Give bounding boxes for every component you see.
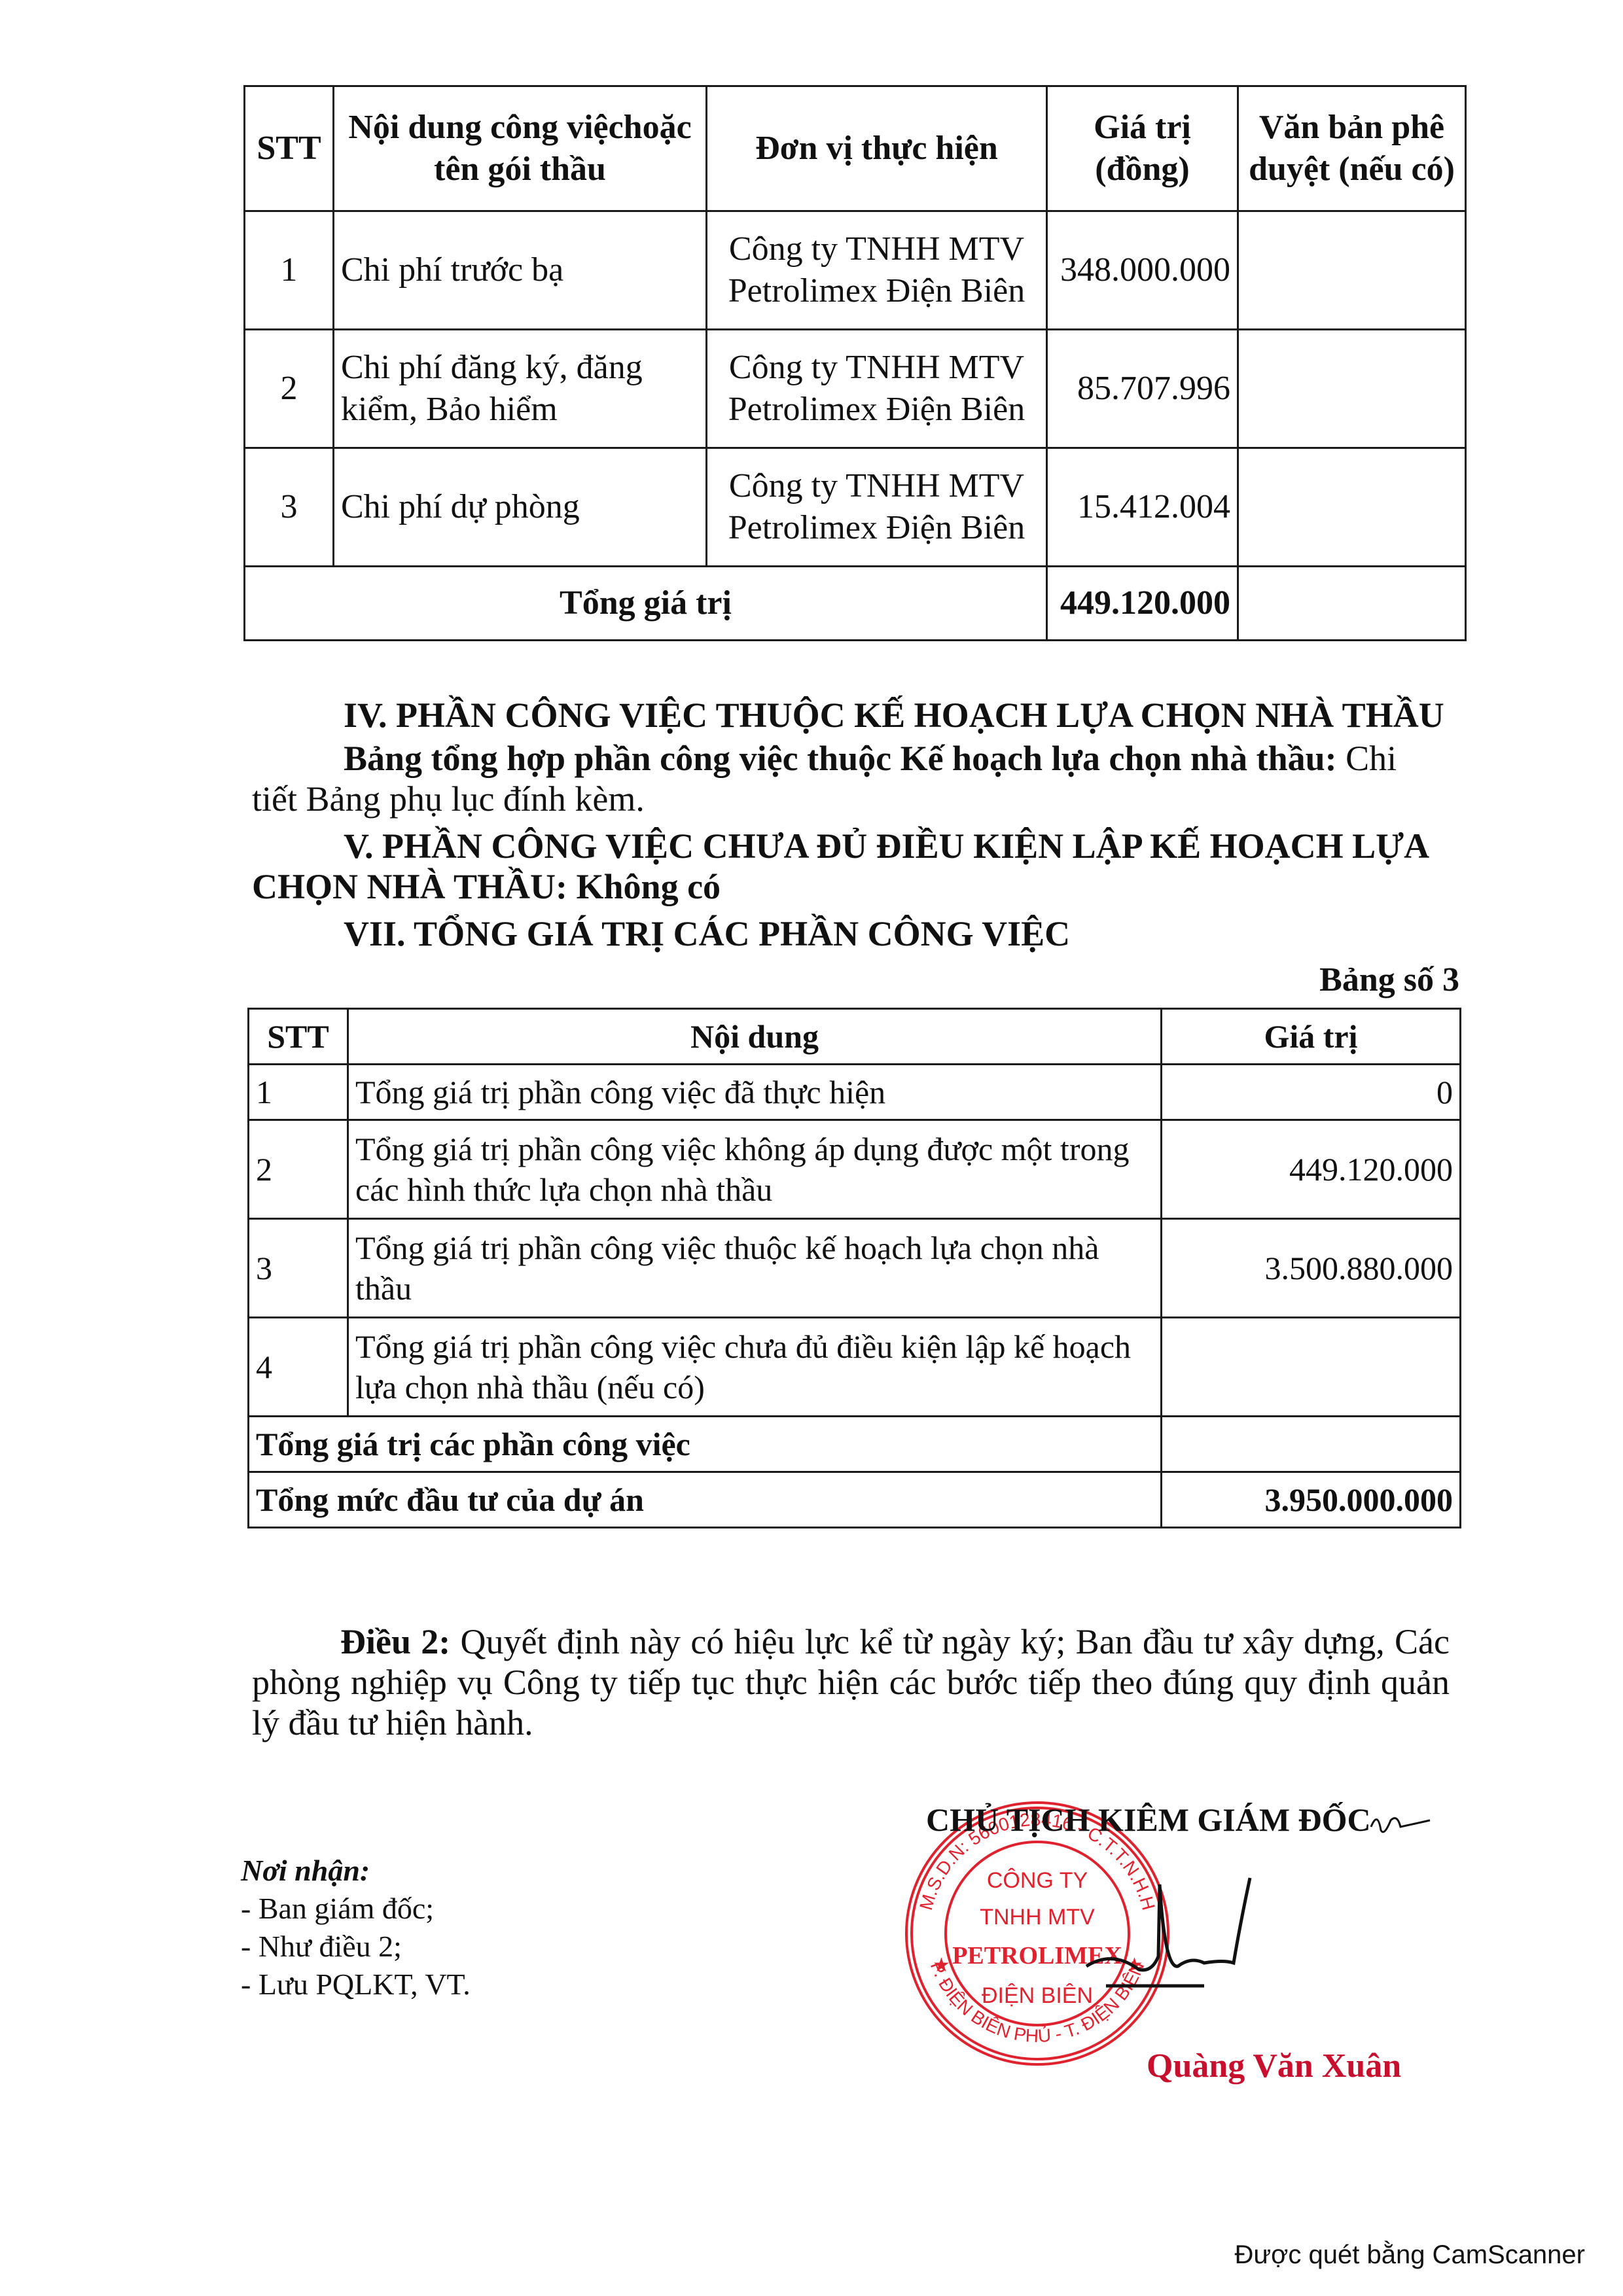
section-4-heading: IV. PHẦN CÔNG VIỆC THUỘC KẾ HOẠCH LỰA CH… (252, 695, 1450, 735)
total-label: Tổng giá trị (245, 567, 1047, 641)
cell-content: Chi phí đăng ký, đăng kiểm, Bảo hiểm (334, 330, 707, 448)
cell-unit: Công ty TNHH MTV Petrolimex Điện Biên (707, 448, 1047, 567)
header-stt: STT (249, 1009, 348, 1065)
header-unit: Đơn vị thực hiện (707, 86, 1047, 211)
table-total-row: Tổng giá trị 449.120.000 (245, 567, 1466, 641)
total-approval (1238, 567, 1466, 641)
recipients: Nơi nhận: - Ban giám đốc; - Như điều 2; … (241, 1852, 471, 2004)
cell-stt: 1 (249, 1065, 348, 1120)
cell-value: 0 (1162, 1065, 1461, 1120)
table-row: 3 Tổng giá trị phần công việc thuộc kế h… (249, 1219, 1461, 1318)
summary-table: STT Nội dung Giá trị 1 Tổng giá trị phần… (247, 1008, 1461, 1528)
table-caption: Bảng số 3 (1319, 961, 1459, 999)
table-row: 1 Chi phí trước bạ Công ty TNHH MTV Petr… (245, 211, 1466, 330)
table-row: 4 Tổng giá trị phần công việc chưa đủ đi… (249, 1318, 1461, 1417)
cell-value: 348.000.000 (1047, 211, 1238, 330)
cell-value: 449.120.000 (1162, 1120, 1461, 1219)
recipient-item: - Như điều 2; (241, 1928, 471, 1966)
cell-value: 3.500.880.000 (1162, 1219, 1461, 1318)
cell-approval (1238, 211, 1466, 330)
cell-content: Tổng giá trị phần công việc chưa đủ điều… (348, 1318, 1162, 1417)
header-content: Nội dung (348, 1009, 1162, 1065)
header-content: Nội dung công việchoặc tên gói thầu (334, 86, 707, 211)
signer-name: Quàng Văn Xuân (1147, 2047, 1401, 2085)
table-invest-row: Tổng mức đầu tư của dự án 3.950.000.000 (249, 1472, 1461, 1528)
header-stt: STT (245, 86, 334, 211)
cell-unit: Công ty TNHH MTV Petrolimex Điện Biên (707, 330, 1047, 448)
table-row: 3 Chi phí dự phòng Công ty TNHH MTV Petr… (245, 448, 1466, 567)
cell-unit: Công ty TNHH MTV Petrolimex Điện Biên (707, 211, 1047, 330)
signature-title: CHỦ TỊCH KIÊM GIÁM ĐỐC (926, 1801, 1371, 1839)
cell-approval (1238, 330, 1466, 448)
cell-stt: 1 (245, 211, 334, 330)
header-approval: Văn bản phê duyệt (nếu có) (1238, 86, 1466, 211)
cell-content: Tổng giá trị phần công việc đã thực hiện (348, 1065, 1162, 1120)
table-row: 2 Tổng giá trị phần công việc không áp d… (249, 1120, 1461, 1219)
section-5-heading: V. PHẦN CÔNG VIỆC CHƯA ĐỦ ĐIỀU KIỆN LẬP … (252, 826, 1450, 907)
section-7-heading: VII. TỔNG GIÁ TRỊ CÁC PHẦN CÔNG VIỆC (252, 913, 1450, 954)
total-value: 449.120.000 (1047, 567, 1238, 641)
table-header-row: STT Nội dung Giá trị (249, 1009, 1461, 1065)
table-row: 2 Chi phí đăng ký, đăng kiểm, Bảo hiểm C… (245, 330, 1466, 448)
recipient-item: - Lưu PQLKT, VT. (241, 1966, 471, 2004)
table-row: 1 Tổng giá trị phần công việc đã thực hi… (249, 1065, 1461, 1120)
sum-label: Tổng giá trị các phần công việc (249, 1417, 1162, 1472)
section-4-body: Bảng tổng hợp phần công việc thuộc Kế ho… (252, 738, 1450, 819)
cell-stt: 3 (249, 1219, 348, 1318)
star-icon: ★ (933, 1954, 950, 1976)
invest-label: Tổng mức đầu tư của dự án (249, 1472, 1162, 1528)
scanner-watermark: Được quét bằng CamScanner (1234, 2240, 1585, 2270)
recipient-item: - Ban giám đốc; (241, 1890, 471, 1928)
article-2-label: Điều 2: (340, 1622, 450, 1661)
cell-content: Chi phí trước bạ (334, 211, 707, 330)
header-value: Giá trị (đồng) (1047, 86, 1238, 211)
cell-value: 85.707.996 (1047, 330, 1238, 448)
recipients-title: Nơi nhận: (241, 1852, 471, 1890)
cell-stt: 3 (245, 448, 334, 567)
cell-value: 15.412.004 (1047, 448, 1238, 567)
invest-value: 3.950.000.000 (1162, 1472, 1461, 1528)
section-4-body-bold: Bảng tổng hợp phần công việc thuộc Kế ho… (344, 739, 1337, 778)
table-header-row: STT Nội dung công việchoặc tên gói thầu … (245, 86, 1466, 211)
cell-content: Chi phí dự phòng (334, 448, 707, 567)
cell-stt: 4 (249, 1318, 348, 1417)
table-sum-row: Tổng giá trị các phần công việc (249, 1417, 1461, 1472)
cell-value (1162, 1318, 1461, 1417)
cell-content: Tổng giá trị phần công việc không áp dụn… (348, 1120, 1162, 1219)
cost-table: STT Nội dung công việchoặc tên gói thầu … (243, 85, 1467, 641)
stamp-line: CÔNG TY (987, 1868, 1088, 1893)
cell-stt: 2 (249, 1120, 348, 1219)
cell-approval (1238, 448, 1466, 567)
initials-icon (1364, 1807, 1436, 1840)
cell-stt: 2 (245, 330, 334, 448)
article-2: Điều 2: Quyết định này có hiệu lực kể từ… (252, 1621, 1450, 1743)
cell-content: Tổng giá trị phần công việc thuộc kế hoạ… (348, 1219, 1162, 1318)
sum-value (1162, 1417, 1461, 1472)
header-value: Giá trị (1162, 1009, 1461, 1065)
signature-icon (1073, 1845, 1283, 2015)
